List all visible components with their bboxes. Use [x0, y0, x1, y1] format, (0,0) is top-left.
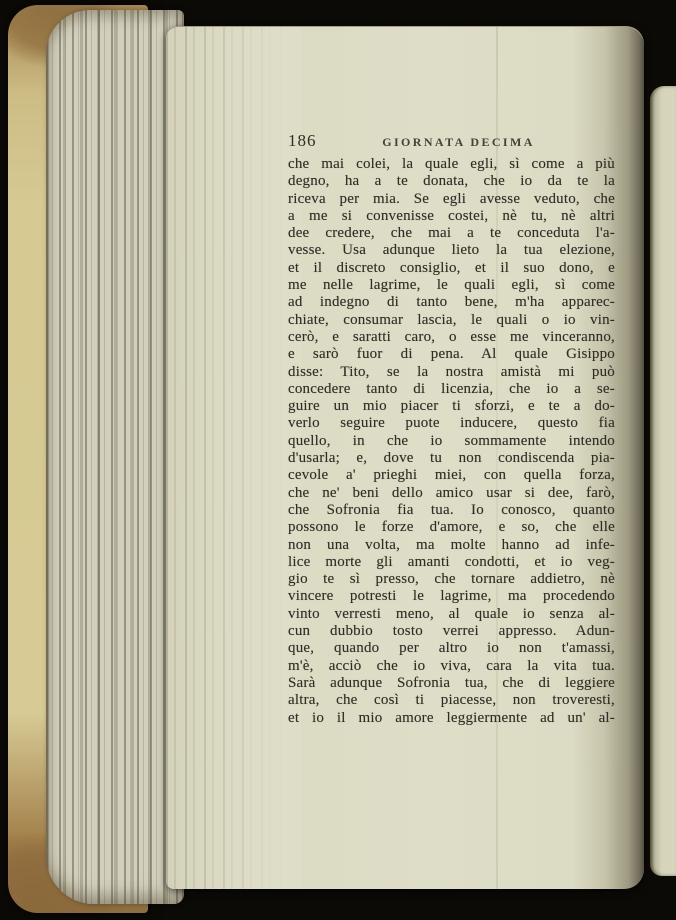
- text-line: degno, ha a te donata, che io da te la: [288, 173, 615, 190]
- text-line: verlo seguire puote inducere, questo fia: [288, 415, 615, 432]
- text-line: d'usarla; e, dove tu non condiscenda pia…: [288, 450, 615, 467]
- text-line: e sarò fuor di pena. Al quale Gisippo: [288, 346, 615, 363]
- fanned-page-edges: [46, 10, 184, 904]
- text-line: riceva per mia. Se egli avesse veduto, c…: [288, 191, 615, 208]
- text-line: possono le forze d'amore, e so, che elle: [288, 519, 615, 536]
- text-line: lice morte gli amanti condotti, et io ve…: [288, 554, 615, 571]
- running-head: GIORNATA DECIMA: [302, 135, 615, 150]
- page-edge-streaks: [166, 27, 301, 889]
- text-line: me nelle lagrime, le quali egli, sì come: [288, 277, 615, 294]
- text-line: et io il mio amore leggiermente ad un' a…: [288, 710, 615, 727]
- text-line: che Sofronia fia tua. Io conosco, quanto: [288, 502, 615, 519]
- text-line: Sarà adunque Sofronia tua, che di leggie…: [288, 675, 615, 692]
- text-line: non una volta, ma molte hanno ad infe-: [288, 537, 615, 554]
- text-line: que, quando per altro io non t'amassi,: [288, 640, 615, 657]
- text-line: cerò, e saratti caro, o esse me vinceran…: [288, 329, 615, 346]
- facing-page-sliver: [650, 86, 676, 876]
- text-line: gio te sì presso, che tornare addietro, …: [288, 571, 615, 588]
- text-line: disse: Tito, se la nostra amistà mi può: [288, 364, 615, 381]
- text-line: guire un mio piacer ti sforzi, e te a do…: [288, 398, 615, 415]
- printed-text-area: 186 GIORNATA DECIMA che mai colei, la qu…: [288, 131, 615, 727]
- text-line: vinto verresti meno, al quale io senza a…: [288, 606, 615, 623]
- text-line: dee credere, che mai a te conceduta l'a-: [288, 225, 615, 242]
- text-line: vincere potresti le lagrime, ma proceden…: [288, 588, 615, 605]
- text-line: a me si convenisse costei, nè tu, nè alt…: [288, 208, 615, 225]
- text-line: vesse. Usa adunque lieto la tua elezione…: [288, 242, 615, 259]
- text-line: ad indegno di tanto bene, m'ha apparec-: [288, 294, 615, 311]
- text-line: et il discreto consiglio, et il suo dono…: [288, 260, 615, 277]
- scanned-book-photo: 186 GIORNATA DECIMA che mai colei, la qu…: [0, 0, 676, 920]
- text-line: altra, che così ti piacesse, non trovere…: [288, 692, 615, 709]
- text-line: che ne' beni dello amico usar si dee, fa…: [288, 485, 615, 502]
- text-line: m'è, acciò che io viva, cara la vita tua…: [288, 658, 615, 675]
- text-line: chiate, consumar lascia, le quali o io v…: [288, 312, 615, 329]
- text-line: che mai colei, la quale egli, sì come a …: [288, 156, 615, 173]
- page-header: 186 GIORNATA DECIMA: [288, 131, 615, 153]
- text-line: quello, in che io sommamente intendo: [288, 433, 615, 450]
- text-line: cun dubbio tosto verrei appresso. Adun-: [288, 623, 615, 640]
- body-text: che mai colei, la quale egli, sì come a …: [288, 156, 615, 727]
- text-line: concedere tanto di licenzia, che io a se…: [288, 381, 615, 398]
- text-line: cevole a' prieghi miei, con quella forza…: [288, 467, 615, 484]
